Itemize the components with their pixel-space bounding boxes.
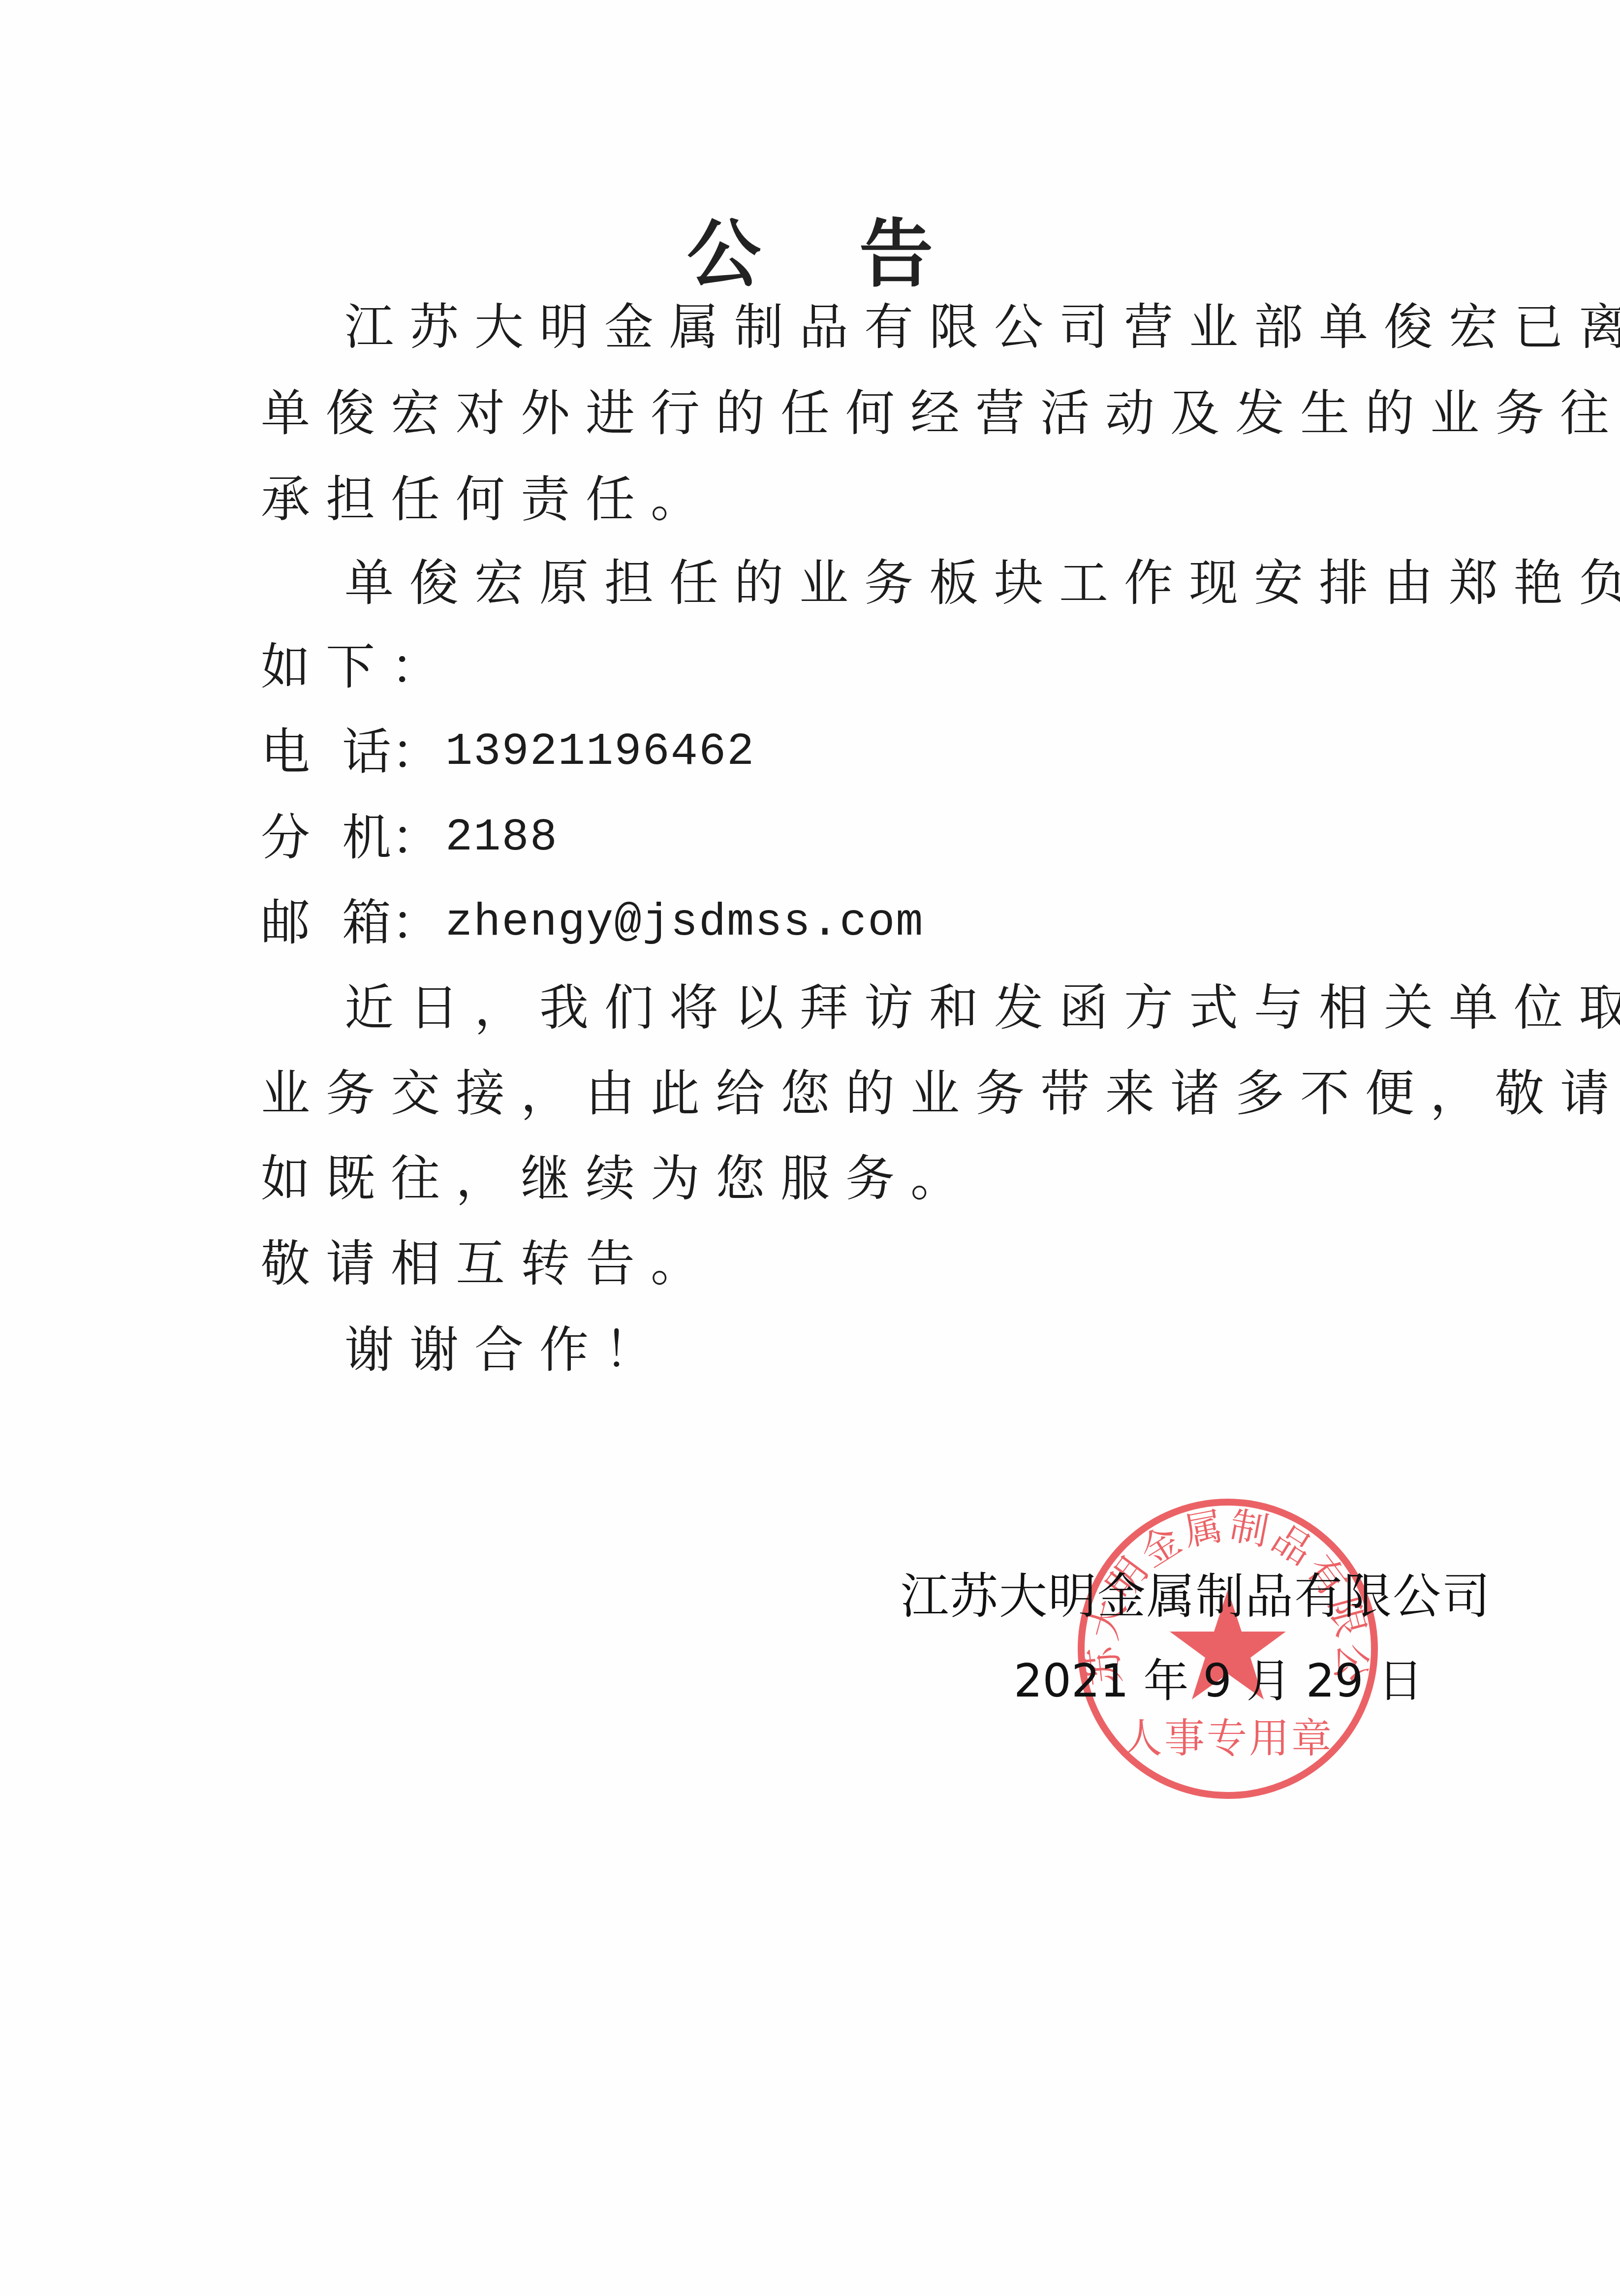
document-page: 公告 江苏大明金属制品有限公司营业部单俊宏已离职，从即日起， 单俊宏对外进行的任… bbox=[0, 0, 1620, 2296]
contact-email-label-2: 箱： bbox=[342, 898, 440, 947]
contact-email-label-1: 邮 bbox=[261, 898, 310, 947]
closing-paragraph-line-3: 如既往，继续为您服务。 bbox=[261, 1154, 975, 1203]
contact-extension-label-2: 机： bbox=[342, 813, 440, 862]
paragraph-1-line-2: 单俊宏对外进行的任何经营活动及发生的业务往来，本公司均不 bbox=[261, 389, 1620, 438]
contact-extension-label-1: 分 bbox=[261, 813, 310, 862]
paragraph-2-line-1: 单俊宏原担任的业务板块工作现安排由郑艳负责，联系方式 bbox=[344, 559, 1620, 608]
contact-phone-value: 13921196462 bbox=[445, 729, 755, 775]
paragraph-1-line-3: 承担任何责任。 bbox=[261, 475, 716, 524]
company-seal-stamp: 江苏大明金属制品有限公司 人事专用章 bbox=[1075, 1496, 1380, 1801]
contact-extension-value: 2188 bbox=[445, 815, 558, 860]
closing-paragraph-line-1: 近日，我们将以拜访和发函方式与相关单位取得联系，做好 bbox=[344, 983, 1620, 1033]
signature-date: 2021 年 9 月 29 日 bbox=[1014, 1659, 1423, 1704]
contact-email-value: zhengy@jsdmss.com bbox=[445, 900, 924, 945]
paragraph-2-line-2: 如下： bbox=[261, 642, 456, 692]
contact-phone-label-2: 话： bbox=[342, 727, 440, 777]
seal-inner-text: 人事专用章 bbox=[1122, 1715, 1334, 1762]
closing-paragraph-line-2: 业务交接，由此给您的业务带来诸多不便，敬请谅解！我司将一 bbox=[261, 1069, 1620, 1118]
paragraph-1-line-1: 江苏大明金属制品有限公司营业部单俊宏已离职，从即日起， bbox=[344, 303, 1620, 352]
signature-company: 江苏大明金属制品有限公司 bbox=[901, 1573, 1491, 1621]
notice-line: 敬请相互转告。 bbox=[261, 1239, 716, 1289]
contact-phone-label-1: 电 bbox=[261, 727, 310, 777]
thanks-line: 谢谢合作！ bbox=[344, 1325, 669, 1375]
page-title: 公告 bbox=[0, 194, 1620, 301]
